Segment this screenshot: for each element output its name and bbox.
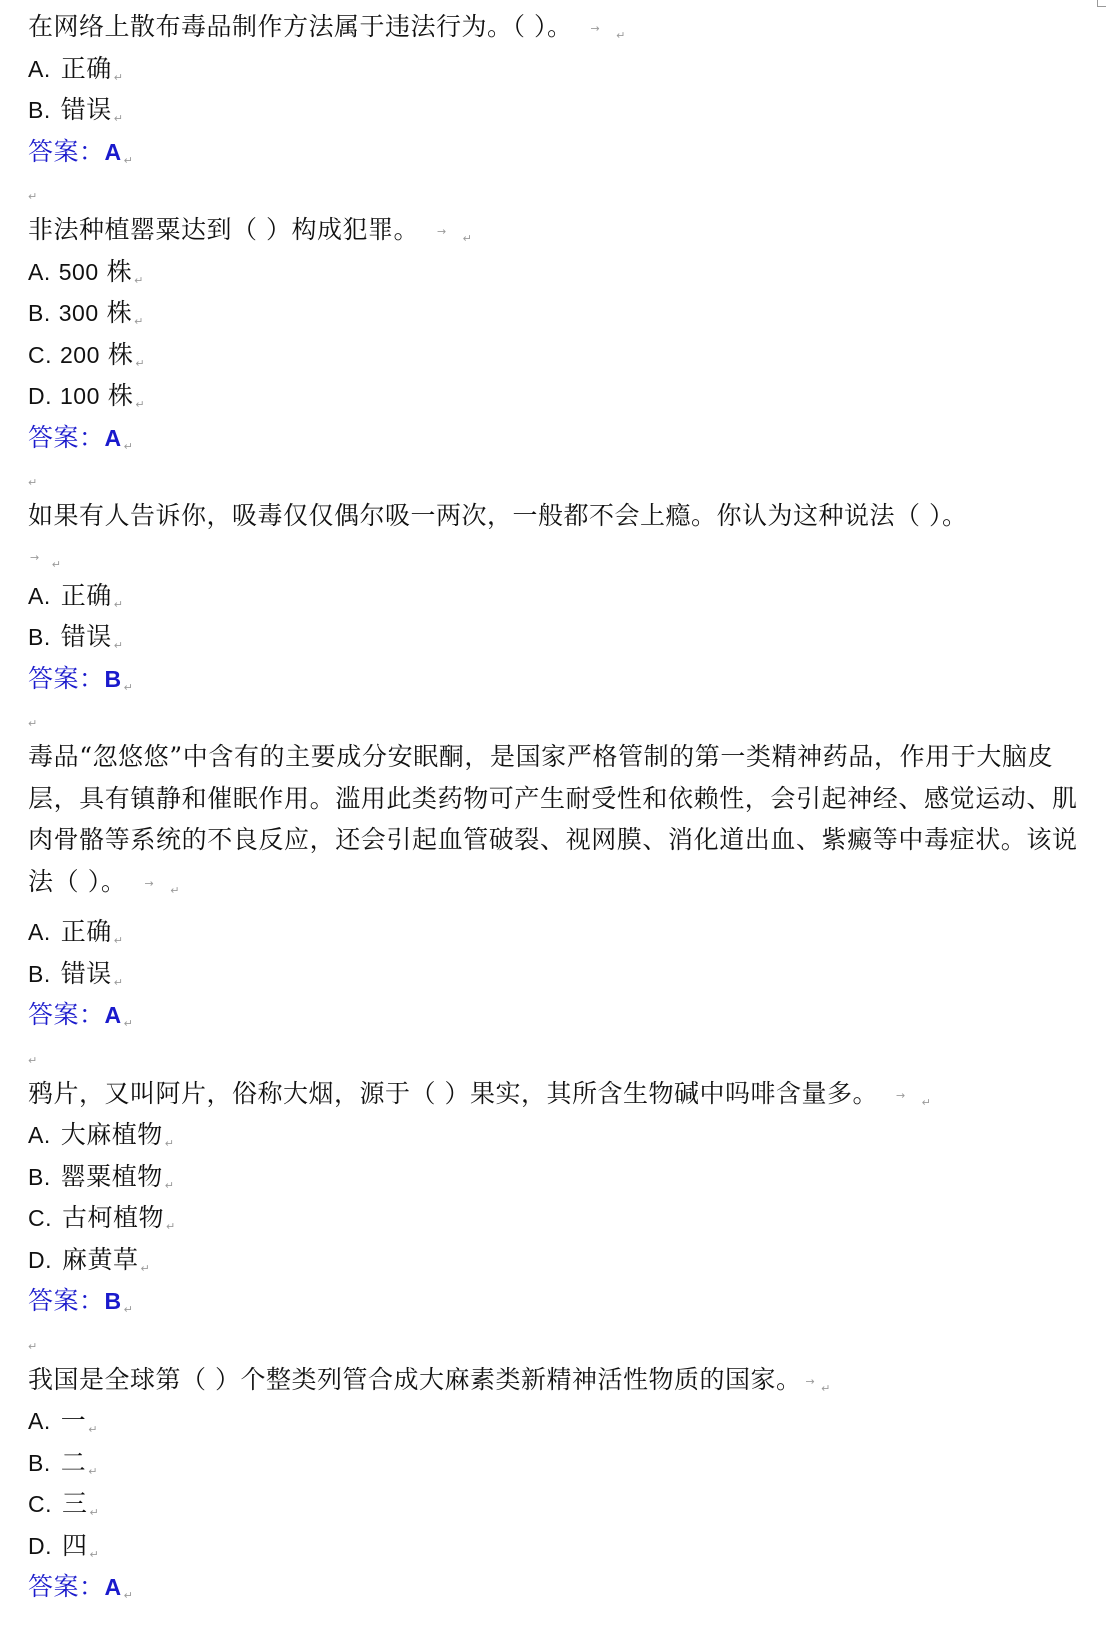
paragraph-mark-icon: ↵: [821, 1382, 831, 1395]
answer-line: 答案：A↵: [28, 994, 1098, 1036]
question-6: 我国是全球第（ ）个整类列管合成大麻素类新精神活性物质的国家。→↵ A.一↵ B…: [28, 1359, 1098, 1608]
paragraph-mark-icon: ↵: [141, 1262, 151, 1275]
paragraph-mark-icon: ↵: [134, 315, 144, 328]
option-c: C.古柯植物↵: [28, 1197, 1098, 1239]
empty-paragraph: ↵: [28, 458, 1098, 495]
answer-value: B: [105, 1288, 122, 1314]
paragraph-mark-icon: ↵: [134, 274, 144, 287]
paragraph-mark-icon: ↵: [124, 1589, 134, 1602]
paragraph-mark-icon: ↵: [124, 681, 134, 694]
paragraph-mark-icon: ↵: [463, 232, 473, 245]
tab-mark-icon: →: [437, 225, 447, 238]
paragraph-mark-icon: ↵: [114, 71, 124, 84]
paragraph-mark-icon: ↵: [28, 1340, 37, 1353]
page-corner-mark: [1097, 0, 1106, 7]
question-stem: 如果有人告诉你，吸毒仅仅偶尔吸一两次，一般都不会上瘾。你认为这种说法（ ）。: [28, 495, 1098, 537]
empty-paragraph: ↵: [28, 1036, 1098, 1073]
empty-paragraph: ↵: [28, 1322, 1098, 1359]
option-a: A.一↵: [28, 1400, 1098, 1442]
paragraph-mark-icon: ↵: [114, 598, 124, 611]
answer-line: 答案：B↵: [28, 1280, 1098, 1322]
option-a: A.正确↵: [28, 48, 1098, 90]
paragraph-mark-icon: ↵: [88, 1465, 98, 1478]
paragraph-mark-icon: ↵: [166, 1220, 176, 1233]
paragraph-mark-icon: ↵: [28, 1054, 37, 1067]
option-b: B.错误↵: [28, 953, 1098, 995]
paragraph-mark-icon: ↵: [135, 357, 145, 370]
empty-paragraph: ↵: [28, 172, 1098, 209]
paragraph-mark-icon: ↵: [124, 154, 134, 167]
option-b: B.错误↵: [28, 89, 1098, 131]
answer-value: A: [105, 139, 122, 165]
answer-value: A: [105, 1002, 122, 1028]
paragraph-mark-icon: ↵: [88, 1423, 98, 1436]
option-a: A.500株↵: [28, 251, 1098, 293]
paragraph-mark-icon: ↵: [922, 1096, 932, 1109]
option-c: C.200株↵: [28, 334, 1098, 376]
option-a: A.正确↵: [28, 575, 1098, 617]
paragraph-mark-icon: ↵: [28, 190, 37, 203]
question-stem: 我国是全球第（ ）个整类列管合成大麻素类新精神活性物质的国家。→↵: [28, 1359, 1098, 1401]
paragraph-mark-icon: ↵: [114, 639, 124, 652]
paragraph-mark-icon: ↵: [114, 976, 124, 989]
option-c: C.三↵: [28, 1483, 1098, 1525]
option-d: D.四↵: [28, 1525, 1098, 1567]
paragraph-mark-icon: ↵: [90, 1548, 100, 1561]
option-b: B.错误↵: [28, 616, 1098, 658]
document-page: 在网络上散布毒品制作方法属于违法行为。（ ）。→↵ A.正确↵ B.错误↵ 答案…: [28, 6, 1098, 1608]
answer-line: 答案：A↵: [28, 1566, 1098, 1608]
option-a: A.大麻植物↵: [28, 1114, 1098, 1156]
paragraph-mark-icon: ↵: [124, 1017, 134, 1030]
paragraph-mark-icon: ↵: [135, 398, 145, 411]
question-stem: 鸦片，又叫阿片，俗称大烟，源于（ ）果实，其所含生物碱中吗啡含量多。→↵: [28, 1073, 1098, 1115]
paragraph-mark-icon: ↵: [170, 884, 180, 897]
question-2: 非法种植罂粟达到（ ）构成犯罪。→↵ A.500株↵ B.300株↵ C.200…: [28, 209, 1098, 495]
answer-value: A: [105, 425, 122, 451]
paragraph-mark-icon: ↵: [28, 717, 37, 730]
paragraph-mark-icon: ↵: [165, 1179, 175, 1192]
answer-line: 答案：A↵: [28, 131, 1098, 173]
tab-mark-icon: →: [805, 1375, 815, 1388]
option-b: B.二↵: [28, 1442, 1098, 1484]
question-stem-continuation: →↵: [28, 537, 1098, 575]
paragraph-mark-icon: ↵: [165, 1137, 175, 1150]
tab-mark-icon: →: [896, 1089, 906, 1102]
option-a: A.正确↵: [28, 911, 1098, 953]
option-b: B.罂粟植物↵: [28, 1156, 1098, 1198]
paragraph-mark-icon: ↵: [52, 558, 62, 571]
question-stem: 非法种植罂粟达到（ ）构成犯罪。→↵: [28, 209, 1098, 251]
paragraph-mark-icon: ↵: [90, 1506, 100, 1519]
paragraph-mark-icon: ↵: [114, 934, 124, 947]
paragraph-mark-icon: ↵: [616, 29, 626, 42]
paragraph-mark-icon: ↵: [28, 476, 37, 489]
option-d: D.100株↵: [28, 375, 1098, 417]
option-b: B.300株↵: [28, 292, 1098, 334]
tab-mark-icon: →: [590, 22, 600, 35]
question-3: 如果有人告诉你，吸毒仅仅偶尔吸一两次，一般都不会上瘾。你认为这种说法（ ）。 →…: [28, 495, 1098, 736]
answer-value: A: [105, 1574, 122, 1600]
answer-line: 答案：B↵: [28, 658, 1098, 700]
paragraph-mark-icon: ↵: [114, 112, 124, 125]
paragraph-mark-icon: ↵: [124, 440, 134, 453]
tab-mark-icon: →: [30, 551, 40, 564]
answer-line: 答案：A↵: [28, 417, 1098, 459]
question-1: 在网络上散布毒品制作方法属于违法行为。（ ）。→↵ A.正确↵ B.错误↵ 答案…: [28, 6, 1098, 209]
answer-value: B: [105, 666, 122, 692]
tab-mark-icon: →: [144, 877, 154, 890]
option-d: D.麻黄草↵: [28, 1239, 1098, 1281]
question-stem: 毒品“忽悠悠”中含有的主要成分安眠酮，是国家严格管制的第一类精神药品，作用于大脑…: [28, 736, 1088, 911]
question-4: 毒品“忽悠悠”中含有的主要成分安眠酮，是国家严格管制的第一类精神药品，作用于大脑…: [28, 736, 1098, 1073]
paragraph-mark-icon: ↵: [124, 1303, 134, 1316]
question-5: 鸦片，又叫阿片，俗称大烟，源于（ ）果实，其所含生物碱中吗啡含量多。→↵ A.大…: [28, 1073, 1098, 1359]
question-stem: 在网络上散布毒品制作方法属于违法行为。（ ）。→↵: [28, 6, 1098, 48]
empty-paragraph: ↵: [28, 699, 1098, 736]
